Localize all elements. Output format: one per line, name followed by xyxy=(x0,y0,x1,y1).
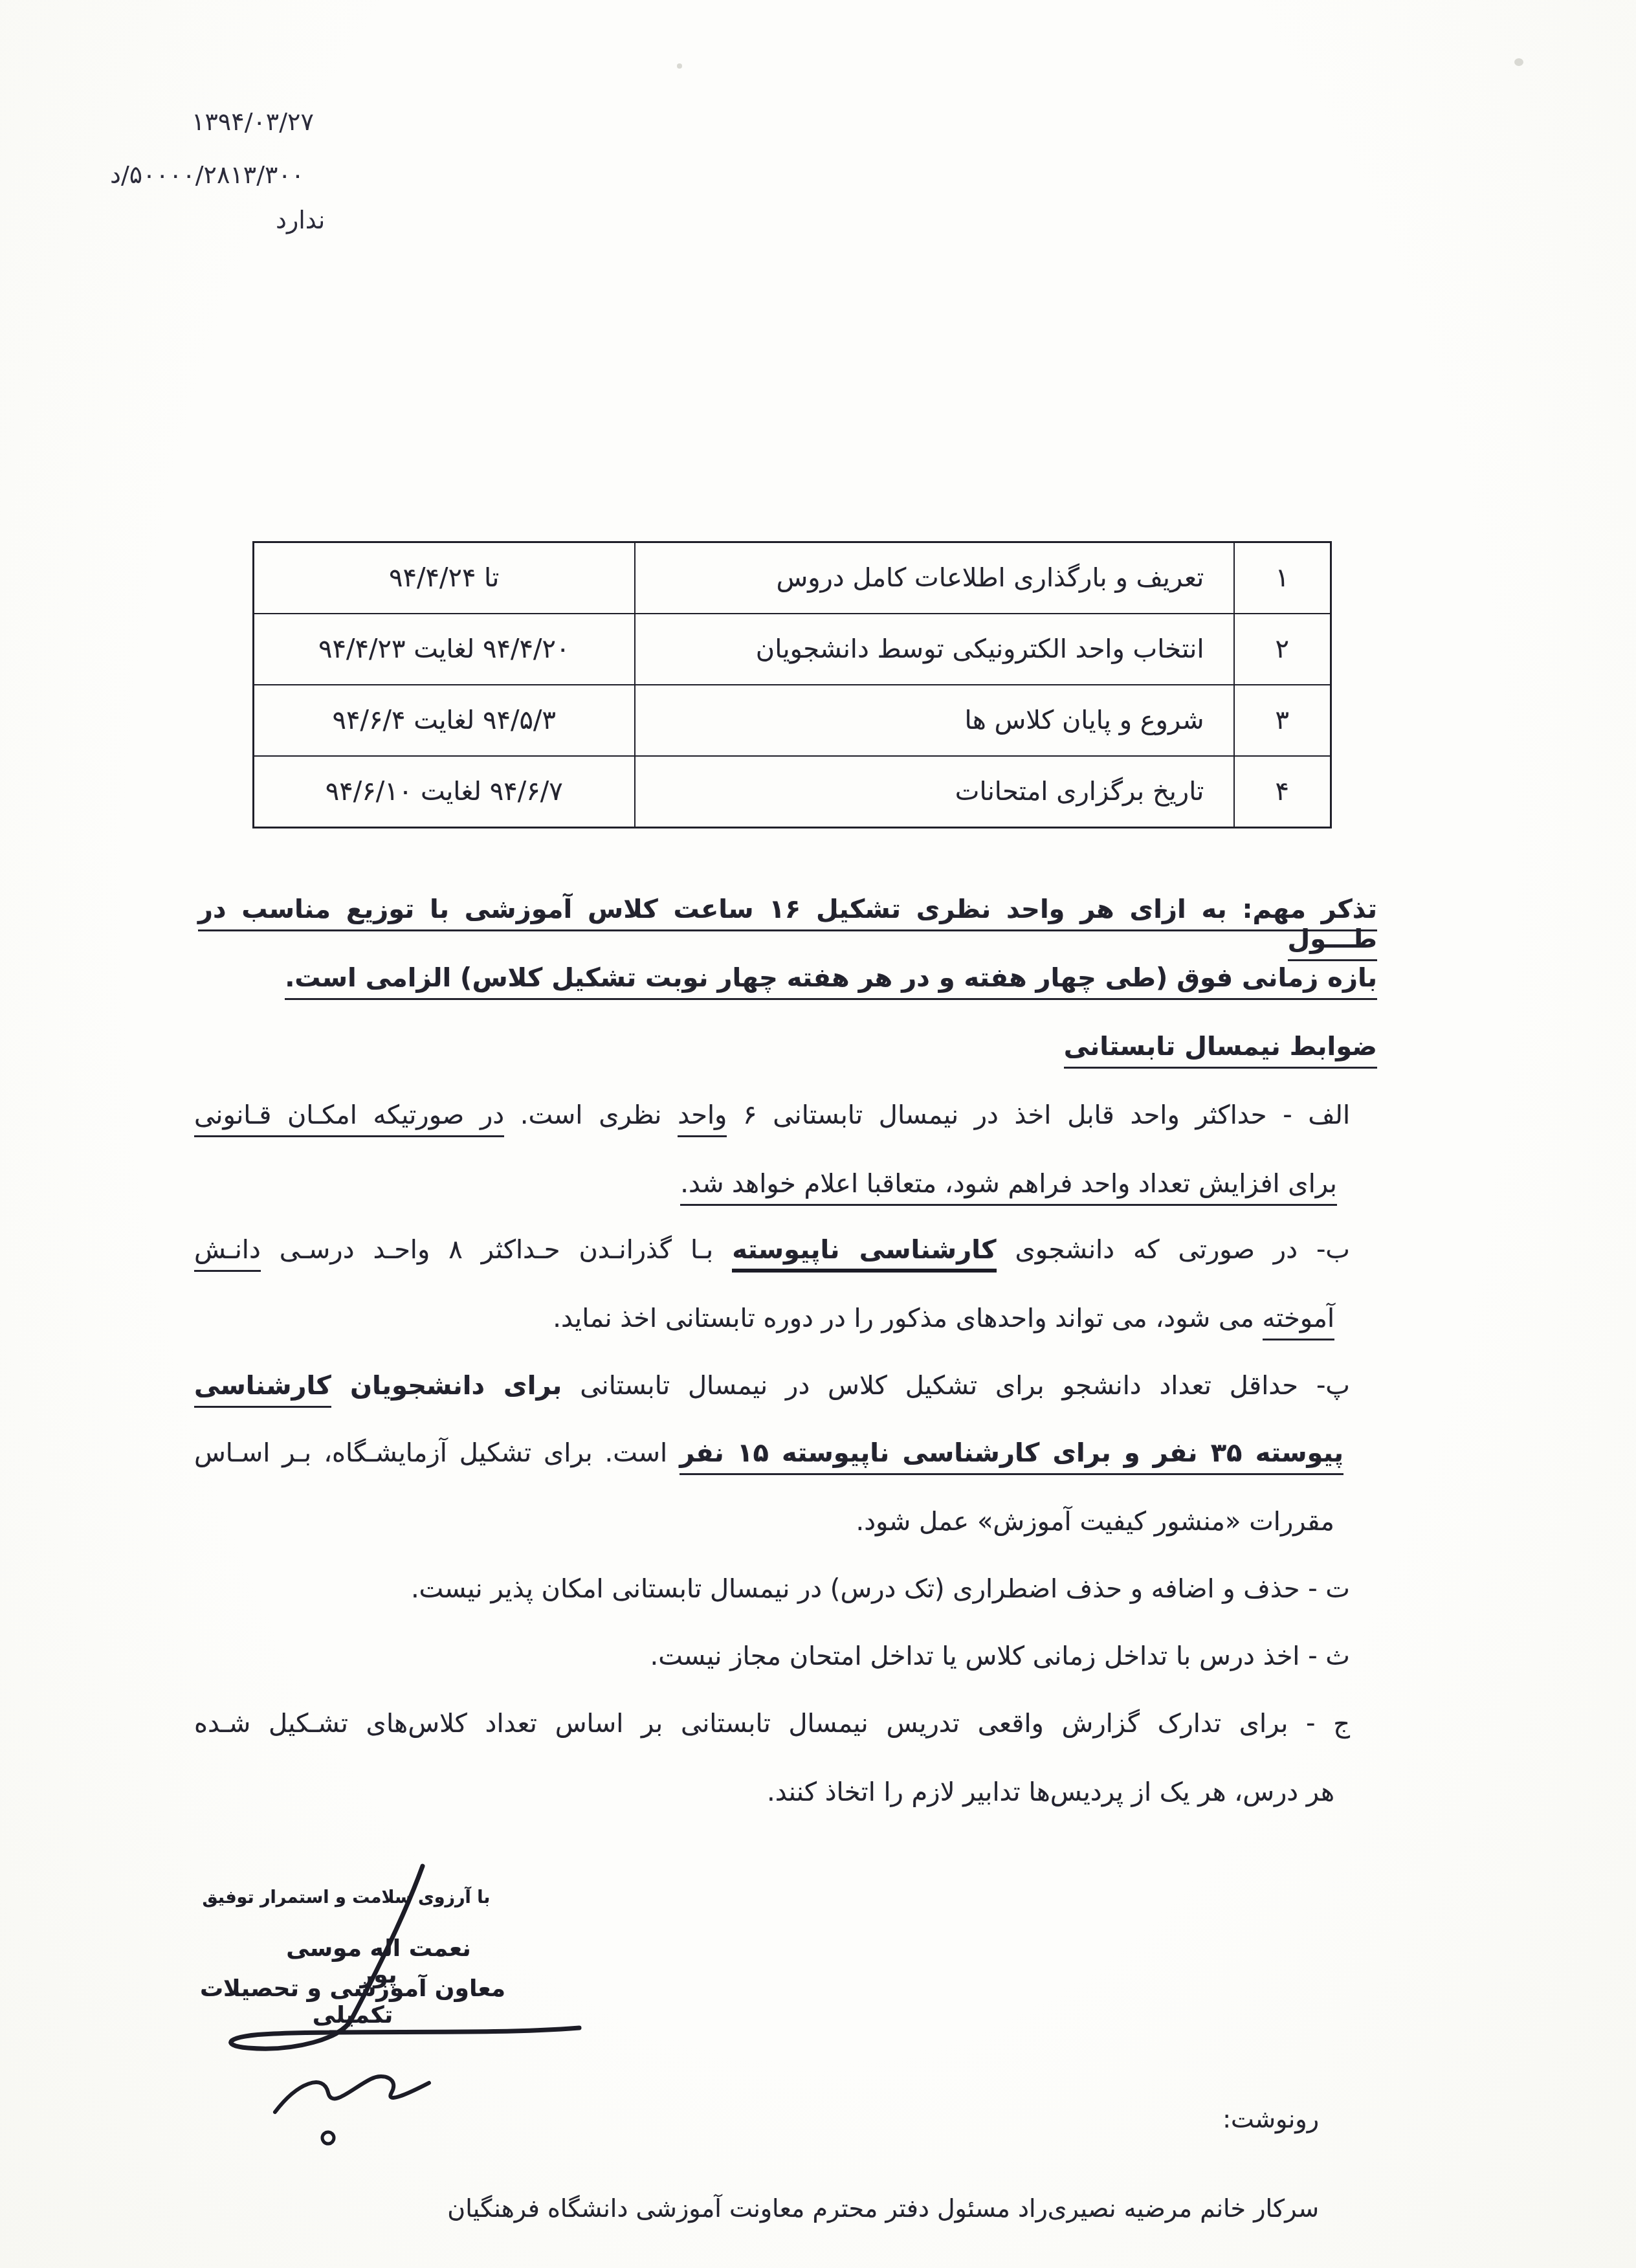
clause-text: هر درس، هر یک از پردیس‌ها تدابیر لازم را… xyxy=(767,1777,1334,1807)
letter-number-value: ۵۰۰۰۰/۲۸۱۳/۳۰۰/د xyxy=(110,161,304,189)
period-cell: ۹۴/۵/۳ لغایت ۹۴/۶/۴ xyxy=(254,685,635,756)
table-row: ۴ تاریخ برگزاری امتحانات ۹۴/۶/۷ لغایت ۹۴… xyxy=(254,756,1331,828)
clause-text: پ- حداقل تعداد دانشجو برای تشکیل کلاس در… xyxy=(562,1371,1350,1401)
clause-text: ب- در صورتی که دانشجوی xyxy=(997,1235,1351,1265)
scanned-letter-page: ۱۳۹۴/۰۳/۲۷ ۵۰۰۰۰/۲۸۱۳/۳۰۰/د ندارد ۱ تعری… xyxy=(0,0,1636,2268)
clause-text: الف - حداکثر واحد قابل اخذ در نیمسال تاب… xyxy=(727,1100,1350,1130)
important-note-text: بازه زمانی فوق (طی چهار هفته و در هر هفت… xyxy=(285,963,1377,1000)
table-row: ۲ انتخاب واحد الکترونیکی توسط دانشجویان … xyxy=(254,614,1331,685)
letter-attachment-value: ندارد xyxy=(276,206,325,234)
table-row: ۳ شروع و پایان کلاس ها ۹۴/۵/۳ لغایت ۹۴/۶… xyxy=(254,685,1331,756)
clause-text: ت - حذف و اضافه و حذف اضطراری (تک درس) د… xyxy=(411,1574,1350,1604)
clause-text: می شود، می تواند واحدهای مذکور را در دور… xyxy=(553,1304,1262,1333)
clause-jim-line-1: ج - برای تدارک گزارش واقعی تدریس نیمسال … xyxy=(194,1709,1350,1739)
cc-label: رونوشت: xyxy=(1222,2105,1319,2133)
period-cell: تا ۹۴/۴/۲۴ xyxy=(254,542,635,614)
clause-text: است. برای تشکیل آزمایشـگاه، بـر اسـاس xyxy=(194,1438,680,1468)
clause-text-underlined: در صورتیکه امکـان قـانونی xyxy=(194,1100,504,1137)
important-note-line-1: تذکر مهم: به ازای هر واحد نظری تشکیل ۱۶ … xyxy=(198,895,1377,954)
clause-pe-line-1: پ- حداقل تعداد دانشجو برای تشکیل کلاس در… xyxy=(194,1371,1350,1401)
table-row: ۱ تعریف و بارگذاری اطلاعات کامل دروس تا … xyxy=(254,542,1331,614)
row-number-cell: ۳ xyxy=(1234,685,1331,756)
clause-text-underlined: آموخته xyxy=(1263,1304,1334,1340)
clause-pe-line-2: پیوسته ۳۵ نفر و برای کارشناسی ناپیوسته ۱… xyxy=(194,1438,1343,1468)
schedule-table: ۱ تعریف و بارگذاری اطلاعات کامل دروس تا … xyxy=(252,541,1332,828)
clause-text: بـا گذرانـدن حـداکثر ۸ واحـد درسـی xyxy=(261,1235,732,1265)
period-cell: ۹۴/۴/۲۰ لغایت ۹۴/۴/۲۳ xyxy=(254,614,635,685)
cc-recipient: سرکار خانم مرضیه نصیری‌راد مسئول دفتر مح… xyxy=(447,2194,1319,2223)
clause-text-emphasis: کارشناسی ناپیوسته xyxy=(732,1235,996,1273)
row-number-cell: ۱ xyxy=(1234,542,1331,614)
clause-text: مقررات «منشور کیفیت آموزش» عمل شود. xyxy=(856,1507,1334,1537)
clause-alef-line-2: برای افزایش تعداد واحد فراهم شود، متعاقب… xyxy=(680,1169,1337,1199)
important-note-text: تذکر مهم: به ازای هر واحد نظری تشکیل ۱۶ … xyxy=(198,895,1377,961)
letter-date-value: ۱۳۹۴/۰۳/۲۷ xyxy=(192,107,314,136)
important-note-line-2: بازه زمانی فوق (طی چهار هفته و در هر هفت… xyxy=(285,963,1377,993)
scan-speck xyxy=(677,63,682,69)
section-heading-summer-rules: ضوابط نیمسال تابستانی xyxy=(1064,1032,1377,1062)
period-cell: ۹۴/۶/۷ لغایت ۹۴/۶/۱۰ xyxy=(254,756,635,828)
clause-be-line-2: آموخته می شود، می تواند واحدهای مذکور را… xyxy=(553,1304,1334,1333)
clause-te: ت - حذف و اضافه و حذف اضطراری (تک درس) د… xyxy=(411,1574,1350,1604)
clause-jim-line-2: هر درس، هر یک از پردیس‌ها تدابیر لازم را… xyxy=(767,1777,1334,1807)
clause-text: نظری است. xyxy=(504,1100,678,1130)
clause-text-underlined: دانـش xyxy=(194,1235,261,1272)
clause-text-underlined: واحد xyxy=(678,1100,727,1137)
clause-alef-line-1: الف - حداکثر واحد قابل اخذ در نیمسال تاب… xyxy=(194,1100,1350,1130)
clause-pe-line-3: مقررات «منشور کیفیت آموزش» عمل شود. xyxy=(856,1507,1334,1537)
row-number-cell: ۲ xyxy=(1234,614,1331,685)
section-heading-text: ضوابط نیمسال تابستانی xyxy=(1064,1032,1377,1069)
activity-cell: تاریخ برگزاری امتحانات xyxy=(635,756,1234,828)
activity-cell: تعریف و بارگذاری اطلاعات کامل دروس xyxy=(635,542,1234,614)
clause-text: ث - اخذ درس با تداخل زمانی کلاس یا تداخل… xyxy=(650,1641,1350,1671)
clause-text-emphasis: برای دانشجویان xyxy=(331,1371,562,1401)
row-number-cell: ۴ xyxy=(1234,756,1331,828)
clause-se: ث - اخذ درس با تداخل زمانی کلاس یا تداخل… xyxy=(650,1641,1350,1671)
clause-text-underlined: برای افزایش تعداد واحد فراهم شود، متعاقب… xyxy=(680,1169,1337,1206)
signature-salutation: با آرزوی سلامت و استمرار توفیق xyxy=(194,1887,498,1907)
activity-cell: انتخاب واحد الکترونیکی توسط دانشجویان xyxy=(635,614,1234,685)
activity-cell: شروع و پایان کلاس ها xyxy=(635,685,1234,756)
scan-speck xyxy=(1514,58,1523,66)
clause-be-line-1: ب- در صورتی که دانشجوی کارشناسی ناپیوسته… xyxy=(194,1235,1350,1265)
signatory-title: معاون آموزشی و تحصیلات تکمیلی xyxy=(178,1975,527,2029)
clause-text-emphasis-underlined: کارشناسی xyxy=(194,1371,331,1408)
clause-text-emphasis-underlined: پیوسته ۳۵ نفر و برای کارشناسی ناپیوسته ۱… xyxy=(680,1438,1343,1475)
clause-text: ج - برای تدارک گزارش واقعی تدریس نیمسال … xyxy=(194,1709,1350,1739)
